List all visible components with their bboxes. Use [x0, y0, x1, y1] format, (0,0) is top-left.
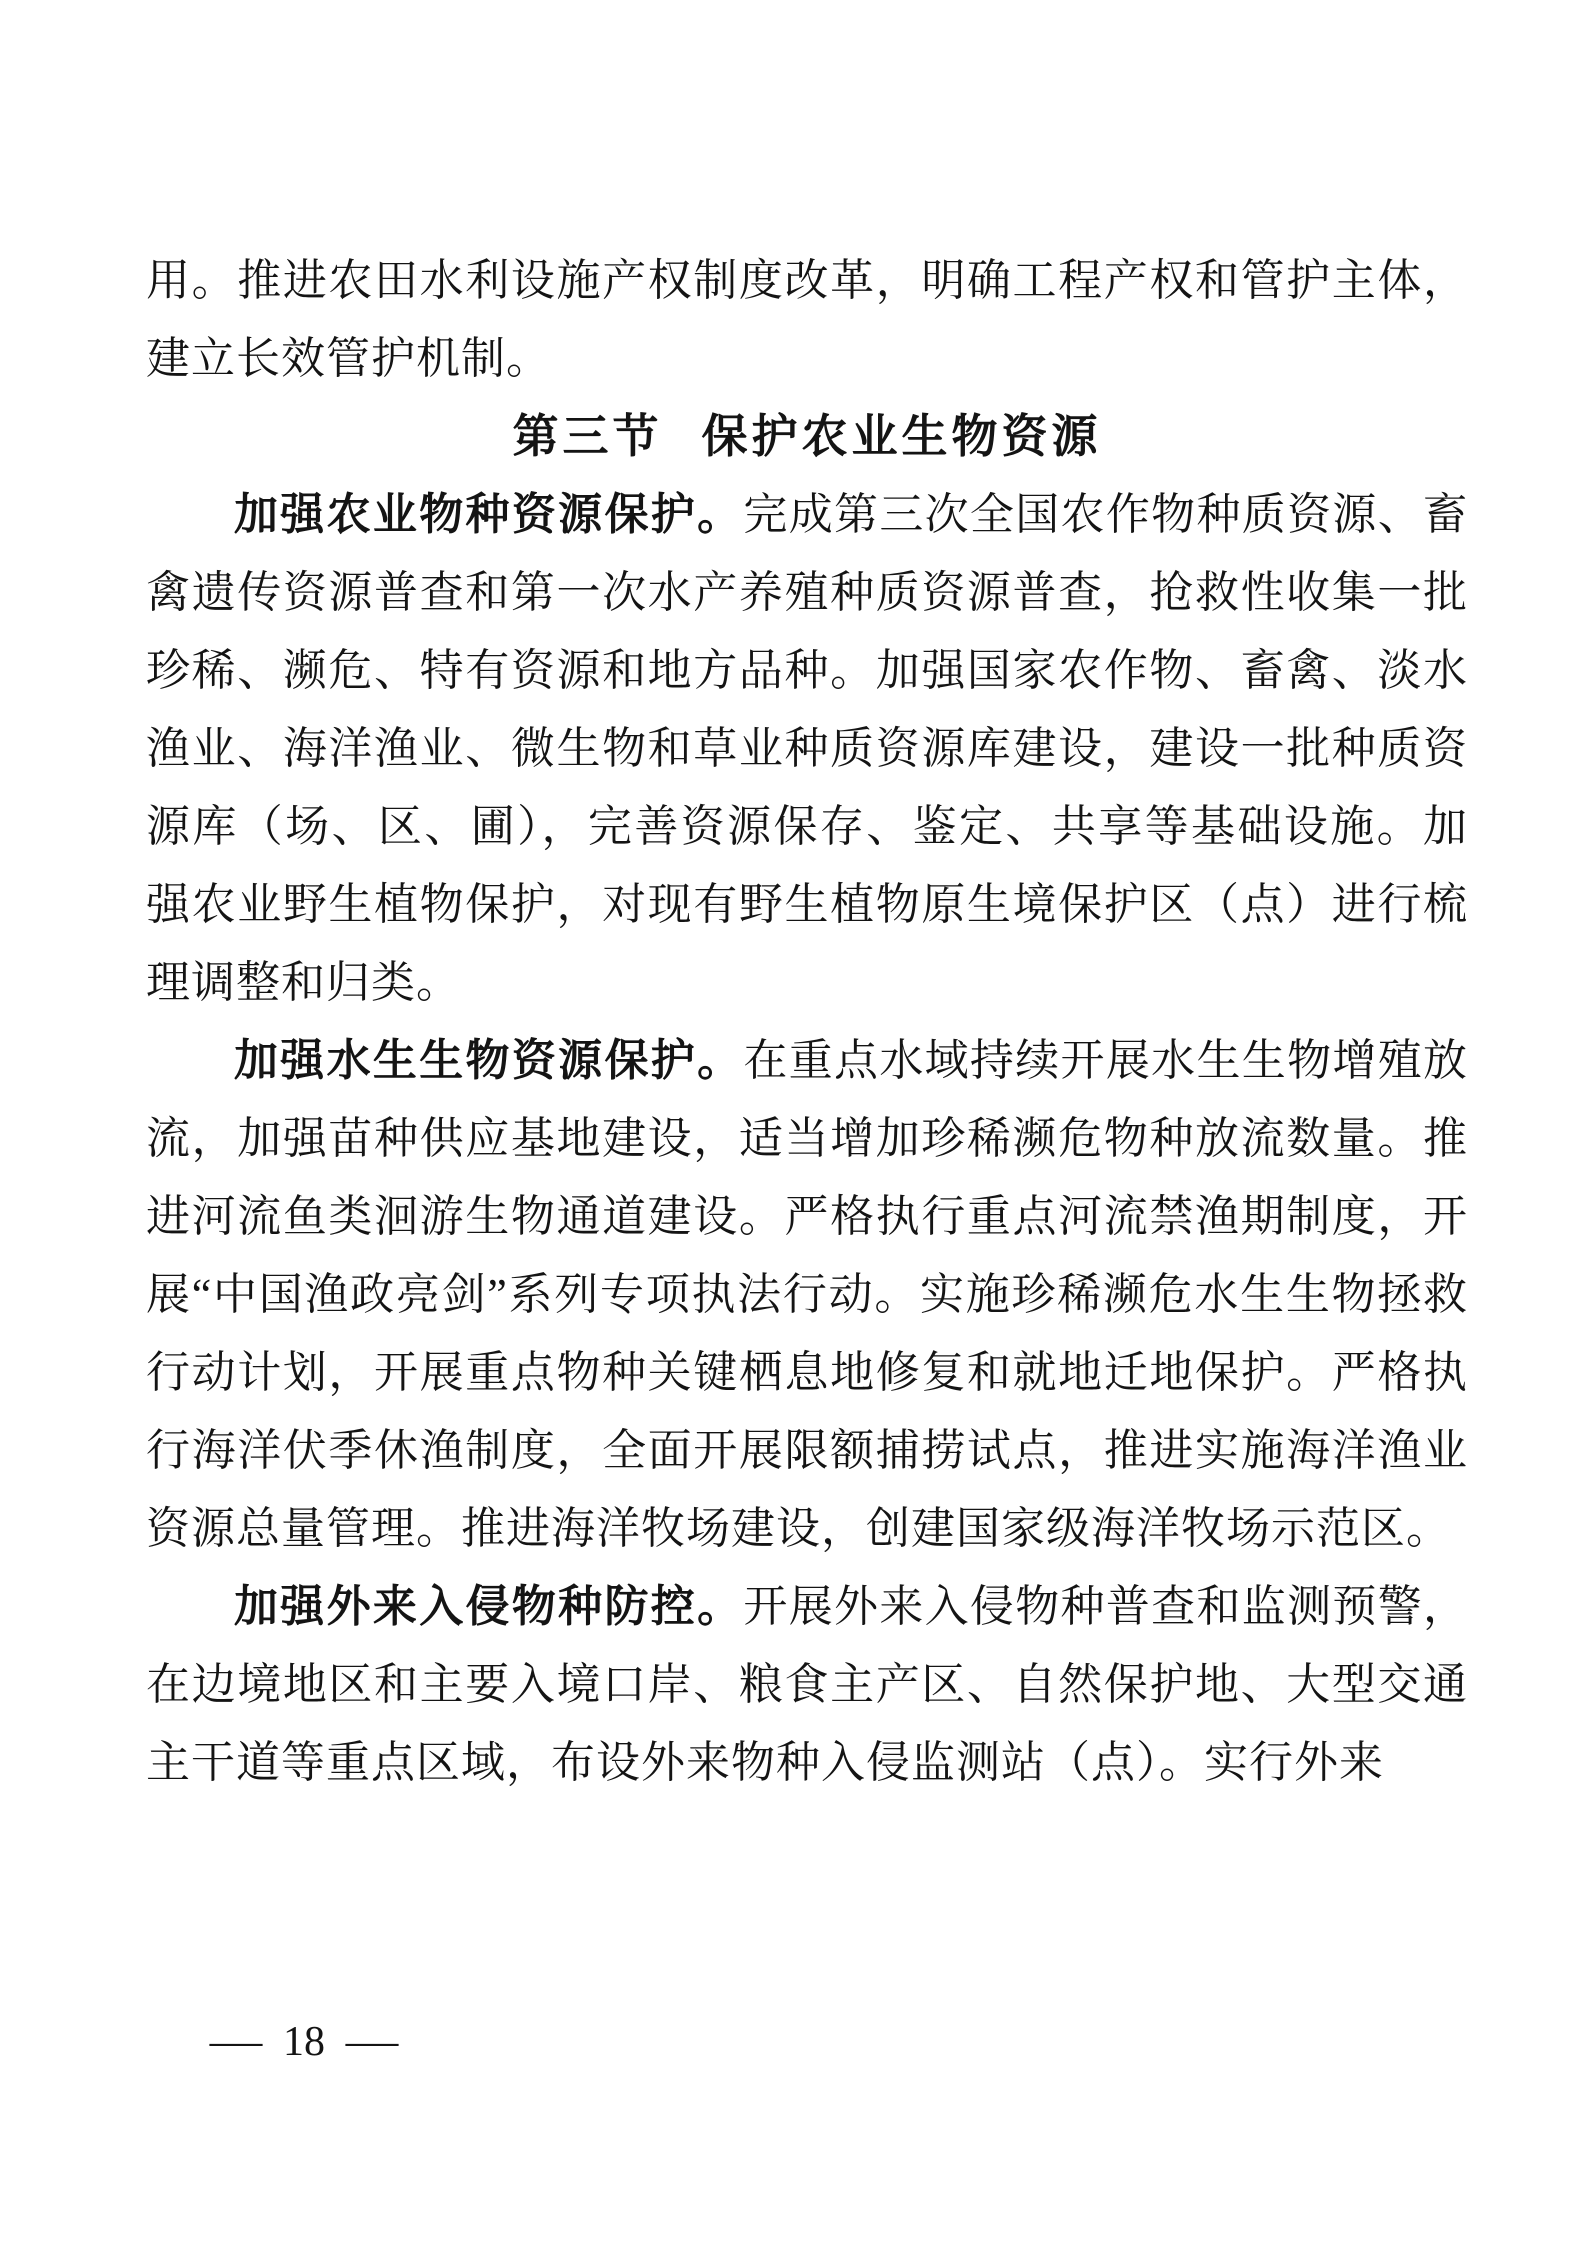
section-heading: 第三节保护农业生物资源 [146, 398, 1468, 476]
continuation-paragraph: 用。推进农田水利设施产权制度改革，明确工程产权和管护主体，建立长效管护机制。 [146, 242, 1468, 398]
paragraph-lead: 加强水生生物资源保护。 [234, 1036, 743, 1085]
paragraph-aquatic-resources: 加强水生生物资源保护。在重点水域持续开展水生生物增殖放流，加强苗种供应基地建设，… [146, 1022, 1468, 1568]
paragraph-text: 完成第三次全国农作物种质资源、畜禽遗传资源普查和第一次水产养殖种质资源普查，抢救… [146, 490, 1468, 1007]
paragraph-lead: 加强外来入侵物种防控。 [234, 1582, 743, 1631]
page-footer: —18— [215, 2012, 393, 2072]
document-page: 用。推进农田水利设施产权制度改革，明确工程产权和管护主体，建立长效管护机制。 第… [0, 0, 1587, 2245]
section-number: 第三节 [512, 411, 662, 462]
paragraph-species-resources: 加强农业物种资源保护。完成第三次全国农作物种质资源、畜禽遗传资源普查和第一次水产… [146, 476, 1468, 1022]
paragraph-invasive-species: 加强外来入侵物种防控。开展外来入侵物种普查和监测预警，在边境地区和主要入境口岸、… [146, 1568, 1468, 1802]
paragraph-lead: 加强农业物种资源保护。 [234, 490, 743, 539]
page-number: 18 [283, 2012, 325, 2072]
footer-right-dash: — [346, 2012, 399, 2072]
text-block: 用。推进农田水利设施产权制度改革，明确工程产权和管护主体，建立长效管护机制。 第… [146, 242, 1468, 1802]
paragraph-text: 在重点水域持续开展水生生物增殖放流，加强苗种供应基地建设，适当增加珍稀濒危物种放… [146, 1036, 1468, 1553]
section-title: 保护农业生物资源 [702, 411, 1102, 462]
footer-left-dash: — [210, 2012, 263, 2072]
